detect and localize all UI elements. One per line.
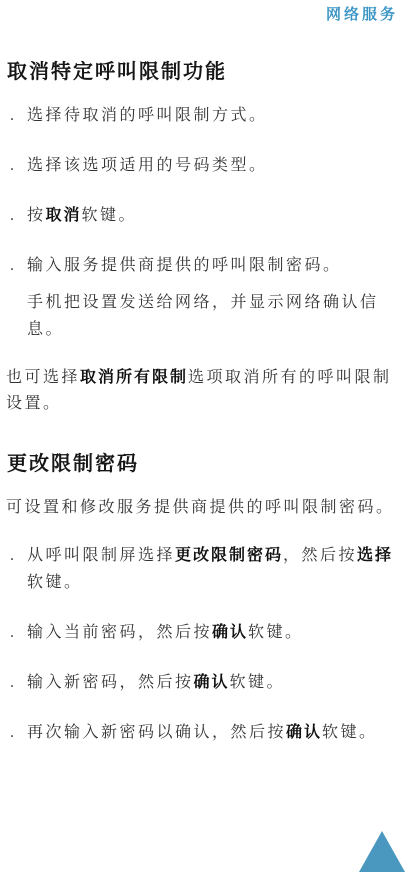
text-segment: 选择该选项适用的号码类型。: [27, 157, 268, 174]
text-segment: 软键。: [27, 574, 83, 591]
text-segment: ，然后按: [283, 547, 357, 564]
softkey-term: 确认: [286, 724, 322, 741]
chapter-header-label: 网络服务: [326, 3, 398, 24]
list-marker: .: [10, 542, 27, 596]
step-item: . 输入新密码，然后按确认软键。: [0, 669, 407, 696]
softkey-term: 取消: [46, 207, 82, 224]
step-item: . 输入当前密码，然后按确认软键。: [0, 619, 407, 646]
text-segment: 输入当前密码，然后按: [27, 624, 212, 641]
step-text: 输入当前密码，然后按确认软键。: [27, 619, 304, 646]
softkey-term: 确认: [212, 624, 248, 641]
cancel-all-footnote: 也可选择取消所有限制选项取消所有的呼叫限制设置。: [6, 365, 398, 417]
text-segment: 输入服务提供商提供的呼叫限制密码。: [27, 257, 342, 274]
list-marker: .: [10, 719, 27, 746]
text-segment: 输入新密码，然后按: [27, 674, 194, 691]
list-marker: .: [10, 202, 27, 229]
text-segment: 再次输入新密码以确认，然后按: [27, 724, 286, 741]
text-segment: 从呼叫限制屏选择: [27, 547, 175, 564]
text-segment: 软键。: [82, 207, 138, 224]
text-segment: 按: [27, 207, 46, 224]
text-segment: 软键。: [248, 624, 304, 641]
step-item: . 再次输入新密码以确认，然后按确认软键。: [0, 719, 407, 746]
step-text: 选择待取消的呼叫限制方式。: [27, 102, 268, 129]
step-text: 按取消软键。: [27, 202, 137, 229]
step-item: . 按取消软键。: [0, 202, 407, 229]
change-password-steps-list: . 从呼叫限制屏选择更改限制密码，然后按选择软键。 . 输入当前密码，然后按确认…: [0, 542, 407, 746]
step-item: . 从呼叫限制屏选择更改限制密码，然后按选择软键。: [0, 542, 407, 596]
step-text: 输入服务提供商提供的呼叫限制密码。 手机把设置发送给网络，并显示网络确认信息。: [27, 252, 399, 343]
softkey-term: 确认: [194, 674, 230, 691]
manual-page: 网络服务 取消特定呼叫限制功能 . 选择待取消的呼叫限制方式。 . 选择该选项适…: [0, 59, 407, 746]
text-segment: 软键。: [230, 674, 286, 691]
step-note: 手机把设置发送给网络，并显示网络确认信息。: [27, 289, 399, 343]
step-text: 选择该选项适用的号码类型。: [27, 152, 268, 179]
page-corner-triangle-icon: [359, 831, 405, 872]
list-marker: .: [10, 252, 27, 343]
step-item: . 输入服务提供商提供的呼叫限制密码。 手机把设置发送给网络，并显示网络确认信息…: [0, 252, 407, 343]
softkey-term: 选择: [357, 547, 393, 564]
section-title-cancel-barring: 取消特定呼叫限制功能: [7, 59, 407, 85]
text-segment: 选择待取消的呼叫限制方式。: [27, 107, 268, 124]
cancel-barring-steps-list: . 选择待取消的呼叫限制方式。 . 选择该选项适用的号码类型。 . 按取消软键。…: [0, 102, 407, 343]
section-title-change-password: 更改限制密码: [7, 451, 407, 477]
change-password-intro: 可设置和修改服务提供商提供的呼叫限制密码。: [6, 495, 398, 521]
list-marker: .: [10, 669, 27, 696]
text-segment: 软键。: [322, 724, 378, 741]
step-text: 从呼叫限制屏选择更改限制密码，然后按选择软键。: [27, 542, 399, 596]
text-segment: 也可选择: [6, 369, 80, 386]
step-text: 输入新密码，然后按确认软键。: [27, 669, 285, 696]
step-item: . 选择该选项适用的号码类型。: [0, 152, 407, 179]
list-marker: .: [10, 102, 27, 129]
menu-option-term: 更改限制密码: [175, 547, 283, 564]
menu-option-term: 取消所有限制: [80, 369, 188, 386]
list-marker: .: [10, 152, 27, 179]
list-marker: .: [10, 619, 27, 646]
step-item: . 选择待取消的呼叫限制方式。: [0, 102, 407, 129]
step-text: 再次输入新密码以确认，然后按确认软键。: [27, 719, 378, 746]
